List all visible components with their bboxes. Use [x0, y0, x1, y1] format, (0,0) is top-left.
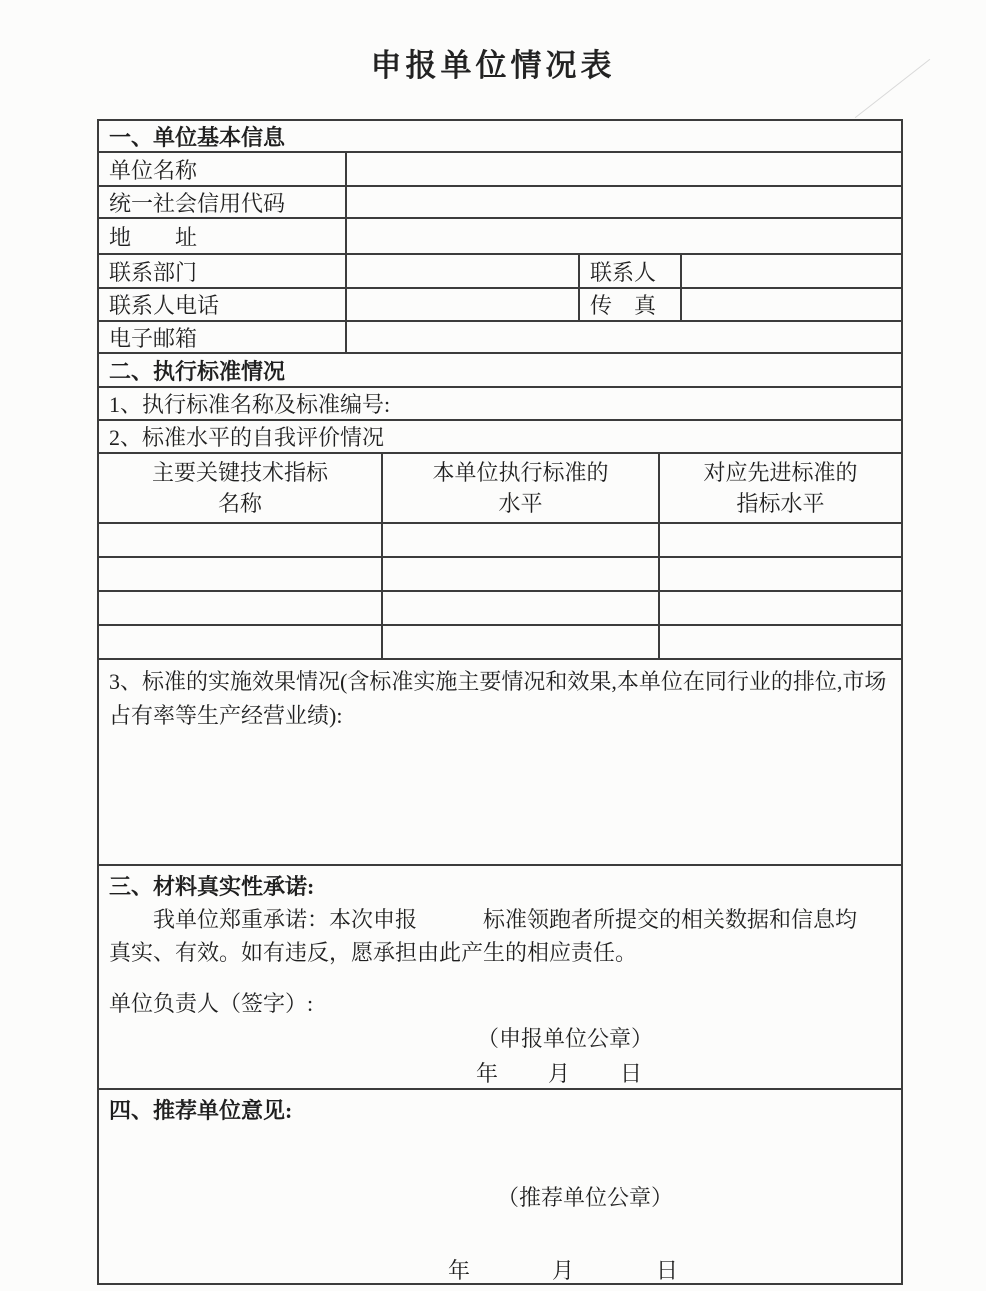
indicator-col3-line1: 对应先进标准的	[703, 457, 857, 488]
recommendation-row: 四、推荐单位意见: （推荐单位公章） 年 月 日	[99, 1090, 901, 1283]
contact-phone-label: 联系人电话	[99, 289, 345, 320]
page-title: 申报单位情况表	[0, 40, 986, 85]
unit-name-value-cell	[345, 153, 901, 185]
contact-person-label: 联系人	[578, 255, 680, 287]
commitment-section-header: 三、材料真实性承诺:	[109, 871, 891, 903]
basic-info-section-header: 一、单位基本信息	[99, 121, 901, 151]
address-value-cell	[345, 219, 901, 253]
indicator-advanced-level-cell	[658, 524, 901, 556]
indicator-col1-header: 主要关键技术指标 名称	[99, 454, 381, 522]
indicator-advanced-level-cell	[658, 558, 901, 590]
standard-name-row: 1、执行标准名称及标准编号:	[99, 388, 901, 421]
indicator-empty-row	[99, 626, 901, 660]
indicator-name-cell	[99, 558, 381, 590]
contact-phone-value-cell	[345, 289, 578, 320]
declaring-unit-seal-label: （申报单位公章）	[109, 1022, 891, 1055]
recommendation-section-header: 四、推荐单位意见:	[109, 1095, 891, 1127]
unit-name-label: 单位名称	[99, 153, 345, 185]
credit-code-value-cell	[345, 187, 901, 217]
indicator-empty-row	[99, 524, 901, 558]
contact-dept-label: 联系部门	[99, 255, 345, 287]
implementation-effect-text: 3、标准的实施效果情况(含标准实施主要情况和效果,本单位在同行业的排位,市场占有…	[109, 665, 891, 733]
address-label: 地 址	[99, 219, 345, 253]
indicator-unit-level-cell	[381, 626, 658, 658]
indicator-col1-line1: 主要关键技术指标	[152, 457, 328, 488]
standards-section-header: 二、执行标准情况	[99, 354, 901, 386]
fax-value-cell	[680, 289, 901, 320]
indicator-empty-row	[99, 558, 901, 592]
indicator-unit-level-cell	[381, 558, 658, 590]
indicator-name-cell	[99, 592, 381, 624]
indicator-empty-row	[99, 592, 901, 626]
signer-label: 单位负责人（签字）:	[109, 987, 891, 1020]
indicator-name-cell	[99, 524, 381, 556]
contact-person-value-cell	[680, 255, 901, 287]
implementation-effect-cell: 3、标准的实施效果情况(含标准实施主要情况和效果,本单位在同行业的排位,市场占有…	[99, 660, 901, 864]
indicator-col2-line1: 本单位执行标准的	[432, 457, 608, 488]
commitment-body-text: 我单位郑重承诺：本次申报 标准领跑者所提交的相关数据和信息均真实、有效。如有违反…	[109, 903, 877, 969]
contact-phone-row: 联系人电话 传 真	[99, 289, 901, 322]
indicator-table-header-row: 主要关键技术指标 名称 本单位执行标准的 水平 对应先进标准的 指标水平	[99, 454, 901, 524]
recommendation-date-line: 年 月 日	[109, 1254, 891, 1283]
commitment-cell: 三、材料真实性承诺: 我单位郑重承诺：本次申报 标准领跑者所提交的相关数据和信息…	[99, 866, 901, 1088]
indicator-col3-line2: 指标水平	[736, 488, 824, 519]
implementation-effect-row: 3、标准的实施效果情况(含标准实施主要情况和效果,本单位在同行业的排位,市场占有…	[99, 660, 901, 866]
self-evaluation-row: 2、标准水平的自我评价情况	[99, 421, 901, 454]
indicator-col3-header: 对应先进标准的 指标水平	[658, 454, 901, 522]
email-value-cell	[345, 322, 901, 352]
indicator-unit-level-cell	[381, 524, 658, 556]
contact-dept-row: 联系部门 联系人	[99, 255, 901, 289]
contact-dept-value-cell	[345, 255, 578, 287]
standards-header-row: 二、执行标准情况	[99, 354, 901, 388]
indicator-advanced-level-cell	[658, 592, 901, 624]
commitment-row: 三、材料真实性承诺: 我单位郑重承诺：本次申报 标准领跑者所提交的相关数据和信息…	[99, 866, 901, 1090]
standard-name-label: 1、执行标准名称及标准编号:	[99, 388, 901, 419]
indicator-name-cell	[99, 626, 381, 658]
indicator-unit-level-cell	[381, 592, 658, 624]
basic-info-header-row: 一、单位基本信息	[99, 121, 901, 153]
fax-label: 传 真	[578, 289, 680, 320]
address-row: 地 址	[99, 219, 901, 255]
email-label: 电子邮箱	[99, 322, 345, 352]
declaration-form-table: 一、单位基本信息 单位名称 统一社会信用代码 地 址 联系部门 联系人 联系人电…	[97, 119, 903, 1285]
credit-code-label: 统一社会信用代码	[99, 187, 345, 217]
indicator-col1-line2: 名称	[218, 488, 262, 519]
unit-name-row: 单位名称	[99, 153, 901, 187]
recommending-unit-seal-label: （推荐单位公章）	[109, 1181, 891, 1214]
indicator-col2-header: 本单位执行标准的 水平	[381, 454, 658, 522]
recommendation-cell: 四、推荐单位意见: （推荐单位公章） 年 月 日	[99, 1090, 901, 1283]
indicator-advanced-level-cell	[658, 626, 901, 658]
email-row: 电子邮箱	[99, 322, 901, 354]
self-evaluation-label: 2、标准水平的自我评价情况	[99, 421, 901, 452]
credit-code-row: 统一社会信用代码	[99, 187, 901, 219]
commitment-date-line: 年 月 日	[109, 1057, 891, 1088]
indicator-col2-line2: 水平	[498, 488, 542, 519]
